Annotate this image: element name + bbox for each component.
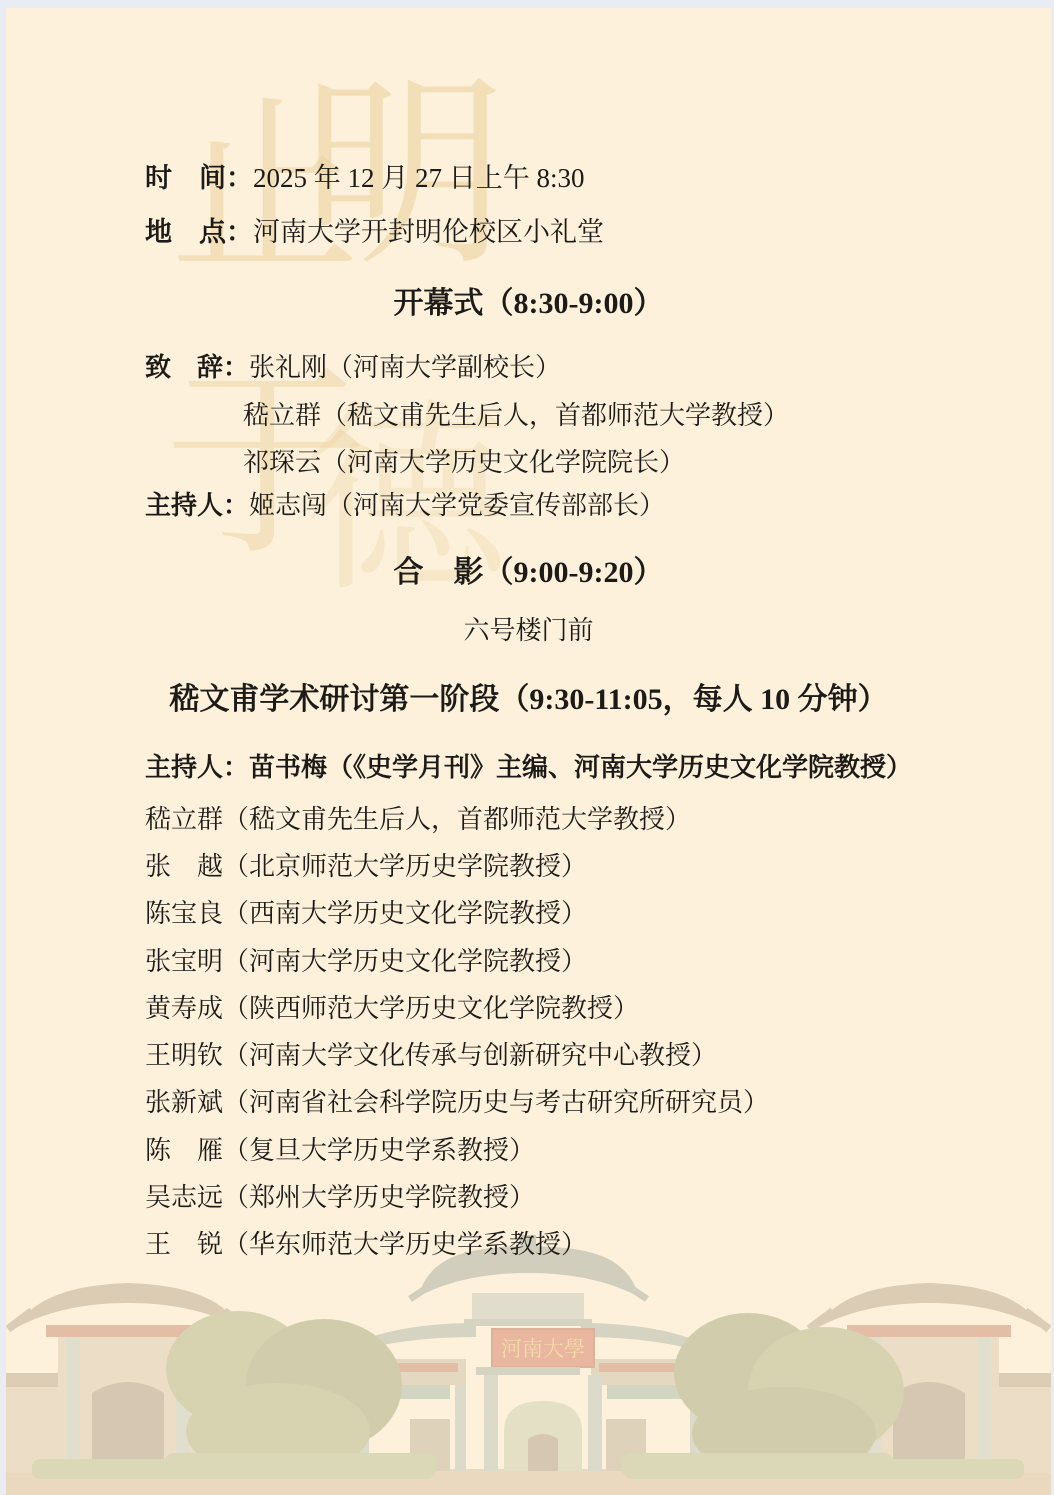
time-value: 2025 年 12 月 27 日上午 8:30 (253, 163, 585, 193)
seminar-speaker-5: 黄寿成（陕西师范大学历史文化学院教授） (145, 989, 961, 1029)
seminar-speaker-4: 张宝明（河南大学历史文化学院教授） (145, 942, 961, 982)
speech-line-1: 致 辞：张礼刚（河南大学副校长） (145, 348, 961, 388)
seminar-speaker-1: 嵇立群（嵇文甫先生后人，首都师范大学教授） (145, 800, 961, 840)
program-content: 时 间：2025 年 12 月 27 日上午 8:30 地 点：河南大学开封明伦… (6, 8, 1051, 1495)
seminar-speaker-3: 陈宝良（西南大学历史文化学院教授） (145, 894, 961, 934)
seminar-speaker-2: 张 越（北京师范大学历史学院教授） (145, 847, 961, 887)
seminar-speaker-8: 陈 雁（复旦大学历史学系教授） (145, 1131, 961, 1171)
speech-label: 致 辞： (145, 353, 249, 382)
opening-host-name: 姬志闯（河南大学党委宣传部部长） (249, 491, 665, 520)
group-photo-location: 六号楼门前 (6, 612, 1051, 650)
speech-speaker-1: 张礼刚（河南大学副校长） (249, 353, 561, 382)
seminar-host-line: 主持人：苗书梅（《史学月刊》主编、河南大学历史文化学院教授） (145, 748, 961, 788)
speech-line-2: 嵇立群（嵇文甫先生后人，首都师范大学教授） (243, 396, 961, 436)
seminar-speaker-10: 王 锐（华东师范大学历史学系教授） (145, 1225, 961, 1265)
seminar-speaker-6: 王明钦（河南大学文化传承与创新研究中心教授） (145, 1036, 961, 1076)
screenshot-viewport: 止 明 于 德 (0, 0, 1054, 1495)
speech-speaker-2: 嵇立群（嵇文甫先生后人，首都师范大学教授） (243, 401, 789, 430)
speech-speaker-3: 祁琛云（河南大学历史文化学院院长） (243, 448, 685, 477)
opening-ceremony-title: 开幕式（8:30-9:00） (6, 283, 1051, 325)
program-page: 止 明 于 德 (6, 8, 1051, 1495)
time-label: 时 间： (145, 163, 253, 193)
group-photo-title: 合 影（9:00-9:20） (6, 552, 1051, 594)
time-line: 时 间：2025 年 12 月 27 日上午 8:30 (145, 158, 961, 198)
seminar-speaker-7: 张新斌（河南省社会科学院历史与考古研究所研究员） (145, 1083, 961, 1123)
venue-value: 河南大学开封明伦校区小礼堂 (253, 217, 604, 247)
speech-line-3: 祁琛云（河南大学历史文化学院院长） (243, 443, 961, 483)
opening-host-line: 主持人：姬志闯（河南大学党委宣传部部长） (145, 486, 961, 526)
venue-label: 地 点： (145, 217, 253, 247)
seminar-stage-title: 嵇文甫学术研讨第一阶段（9:30-11:05，每人 10 分钟） (6, 679, 1051, 721)
venue-line: 地 点：河南大学开封明伦校区小礼堂 (145, 212, 961, 252)
seminar-speaker-9: 吴志远（郑州大学历史学院教授） (145, 1178, 961, 1218)
opening-host-label: 主持人： (145, 491, 249, 520)
